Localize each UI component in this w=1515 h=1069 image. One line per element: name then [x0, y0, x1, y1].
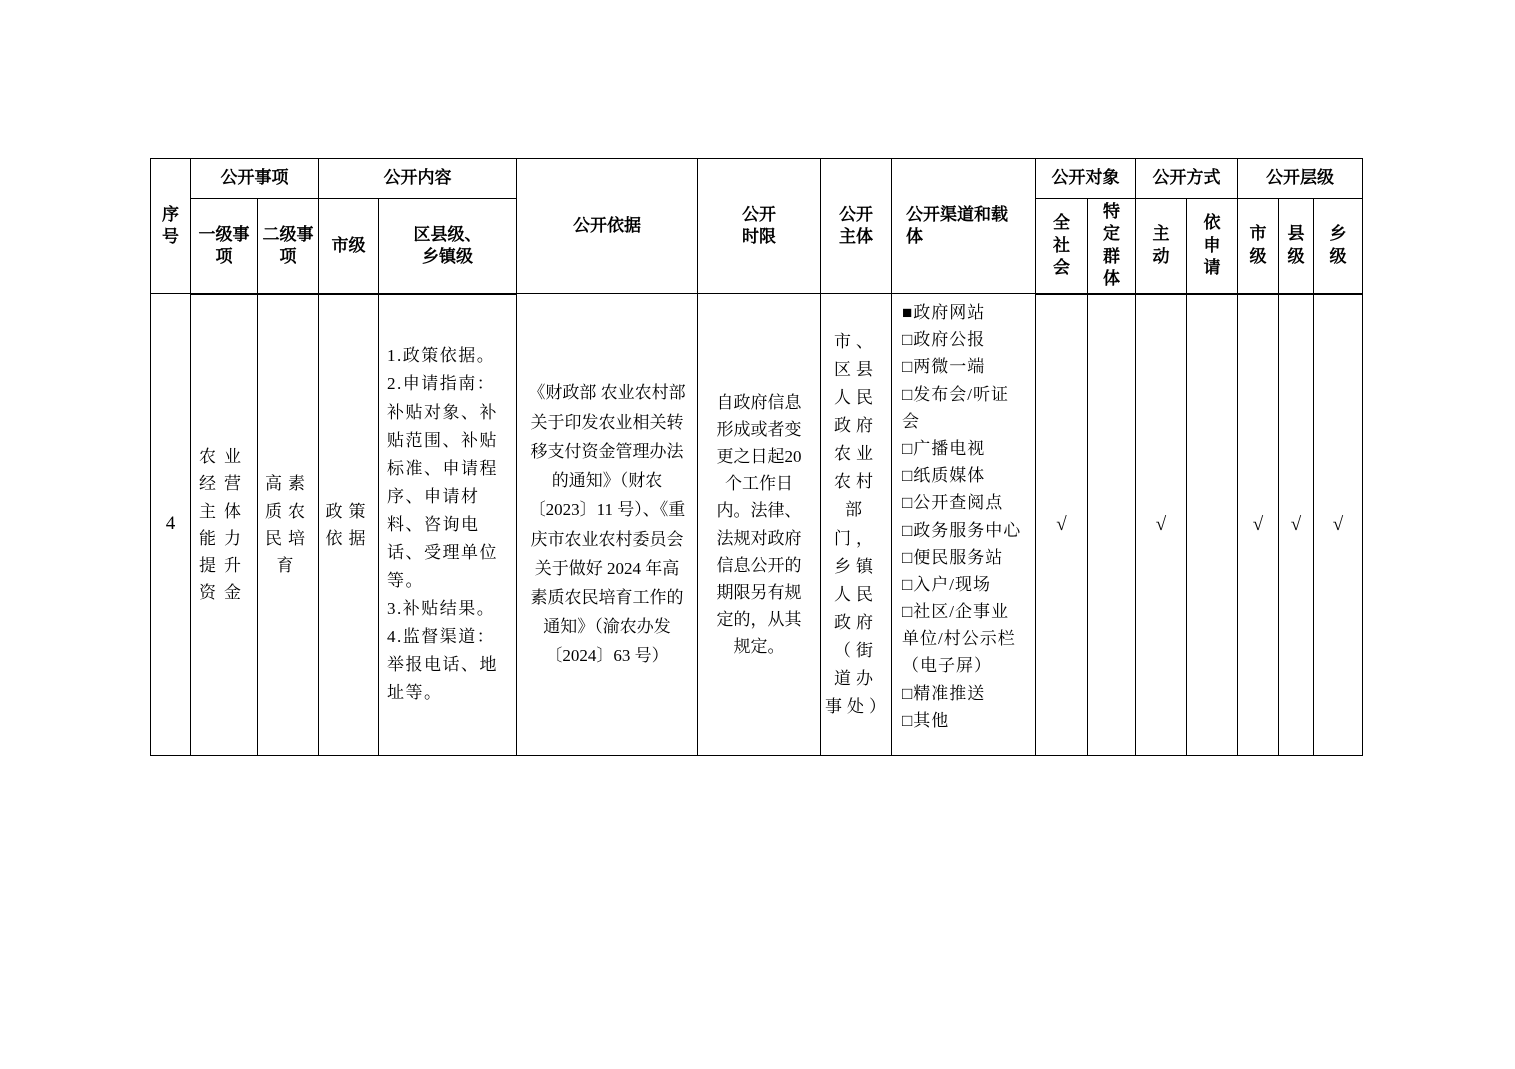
header-proactive-label: 主动	[1152, 223, 1170, 268]
cell-basis: 《财政部 农业农村部关于印发农业相关转移支付资金管理办法的通知》（财农〔2023…	[517, 294, 698, 756]
header-specific-groups: 特定群体	[1088, 199, 1136, 294]
channel-label: 入户/现场	[913, 575, 991, 594]
header-level1-item: 一级事项	[191, 199, 258, 294]
channel-item: □公开查阅点	[902, 489, 1023, 516]
checked-checkbox-icon: ■	[902, 303, 913, 322]
header-time-limit: 公开 时限	[698, 159, 821, 294]
channel-item: □纸质媒体	[902, 462, 1023, 489]
channel-label: 两微一端	[913, 357, 985, 376]
header-city-level: 市级	[319, 199, 379, 294]
channel-item: □精准推送	[902, 680, 1023, 707]
channel-item: □政务服务中心	[902, 517, 1023, 544]
channel-label: 其他	[913, 711, 949, 730]
cell-upon-request-check	[1187, 294, 1238, 756]
header-targets: 公开对象	[1036, 159, 1136, 199]
header-upon-request: 依申请	[1187, 199, 1238, 294]
unchecked-checkbox-icon: □	[902, 575, 913, 594]
cell-time-limit: 自政府信息形成或者变更之日起20个工作日内。法律、法规对政府信息公开的期限另有规…	[698, 294, 821, 756]
cell-city-content: 政策依据	[319, 294, 379, 756]
header-level2-item: 二级事项	[258, 199, 319, 294]
header-row-1: 序号 公开事项 公开内容 公开依据 公开 时限 公开 主体 公开渠道和载体 公开…	[151, 159, 1363, 199]
table-header: 序号 公开事项 公开内容 公开依据 公开 时限 公开 主体 公开渠道和载体 公开…	[151, 159, 1363, 294]
header-district-township: 区县级、 乡镇级	[379, 199, 517, 294]
cell-proactive-check: √	[1136, 294, 1187, 756]
header-serial: 序号	[151, 159, 191, 294]
header-upon-request-label: 依申请	[1203, 212, 1221, 279]
header-methods: 公开方式	[1136, 159, 1238, 199]
cell-subject: 市、区县人民政府农业农村部门，乡镇人民政府（街道办事处）	[821, 294, 892, 756]
header-city: 市级	[1238, 199, 1279, 294]
cell-township-check: √	[1314, 294, 1363, 756]
unchecked-checkbox-icon: □	[902, 602, 913, 621]
cell-district-content: 1.政策依据。 2.申请指南：补贴对象、补贴范围、补贴标准、申请程序、申请材料、…	[379, 294, 517, 756]
header-subject: 公开 主体	[821, 159, 892, 294]
header-county: 县级	[1279, 199, 1314, 294]
channel-item: □入户/现场	[902, 571, 1023, 598]
header-proactive: 主动	[1136, 199, 1187, 294]
unchecked-checkbox-icon: □	[902, 493, 913, 512]
channel-label: 纸质媒体	[913, 466, 985, 485]
cell-city-check: √	[1238, 294, 1279, 756]
channel-item: □广播电视	[902, 435, 1023, 462]
unchecked-checkbox-icon: □	[902, 548, 913, 567]
unchecked-checkbox-icon: □	[902, 466, 913, 485]
channel-item: ■政府网站	[902, 299, 1023, 326]
channel-label: 政府公报	[913, 330, 985, 349]
header-city-label: 市级	[1249, 223, 1267, 268]
header-whole-society-label: 全社会	[1053, 212, 1071, 279]
channel-item: □社区/企事业单位/村公示栏（电子屏）	[902, 598, 1023, 680]
header-disclosure-basis: 公开依据	[517, 159, 698, 294]
cell-county-check: √	[1279, 294, 1314, 756]
header-whole-society: 全社会	[1036, 199, 1088, 294]
unchecked-checkbox-icon: □	[902, 684, 913, 703]
channel-item: □两微一端	[902, 353, 1023, 380]
unchecked-checkbox-icon: □	[902, 385, 913, 404]
header-township: 乡级	[1314, 199, 1363, 294]
cell-level1-item: 农业经营主体能力提升资金	[191, 294, 258, 756]
channel-label: 精准推送	[913, 684, 985, 703]
table-body: 4 农业经营主体能力提升资金 高素质农民培育 政策依据 1.政策依据。 2.申请…	[151, 294, 1363, 756]
header-county-label: 县级	[1287, 223, 1305, 268]
cell-level2-item: 高素质农民培育	[258, 294, 319, 756]
channel-item: □政府公报	[902, 326, 1023, 353]
channel-label: 社区/企事业单位/村公示栏（电子屏）	[902, 602, 1016, 675]
channel-label: 政务服务中心	[913, 521, 1021, 540]
channel-label: 发布会/听证会	[902, 385, 1009, 431]
header-specific-groups-label: 特定群体	[1103, 201, 1121, 291]
header-disclosure-content: 公开内容	[319, 159, 517, 199]
cell-serial: 4	[151, 294, 191, 756]
header-serial-label: 序号	[162, 204, 180, 249]
disclosure-catalog-table: 序号 公开事项 公开内容 公开依据 公开 时限 公开 主体 公开渠道和载体 公开…	[150, 158, 1363, 756]
channel-label: 政府网站	[913, 303, 985, 322]
cell-channels: ■政府网站□政府公报□两微一端□发布会/听证会□广播电视□纸质媒体□公开查阅点□…	[892, 294, 1036, 756]
unchecked-checkbox-icon: □	[902, 330, 913, 349]
header-township-label: 乡级	[1329, 223, 1347, 268]
cell-specific-groups-check	[1088, 294, 1136, 756]
channel-label: 广播电视	[913, 439, 985, 458]
header-levels: 公开层级	[1238, 159, 1363, 199]
table-row: 4 农业经营主体能力提升资金 高素质农民培育 政策依据 1.政策依据。 2.申请…	[151, 294, 1363, 756]
unchecked-checkbox-icon: □	[902, 521, 913, 540]
channel-item: □其他	[902, 707, 1023, 734]
channel-label: 便民服务站	[913, 548, 1003, 567]
channel-label: 公开查阅点	[913, 493, 1003, 512]
header-disclosure-items: 公开事项	[191, 159, 319, 199]
unchecked-checkbox-icon: □	[902, 711, 913, 730]
unchecked-checkbox-icon: □	[902, 439, 913, 458]
channel-item: □发布会/听证会	[902, 381, 1023, 435]
unchecked-checkbox-icon: □	[902, 357, 913, 376]
cell-whole-society-check: √	[1036, 294, 1088, 756]
header-channels: 公开渠道和载体	[892, 159, 1036, 294]
document-page: 序号 公开事项 公开内容 公开依据 公开 时限 公开 主体 公开渠道和载体 公开…	[150, 158, 1363, 756]
channel-item: □便民服务站	[902, 544, 1023, 571]
